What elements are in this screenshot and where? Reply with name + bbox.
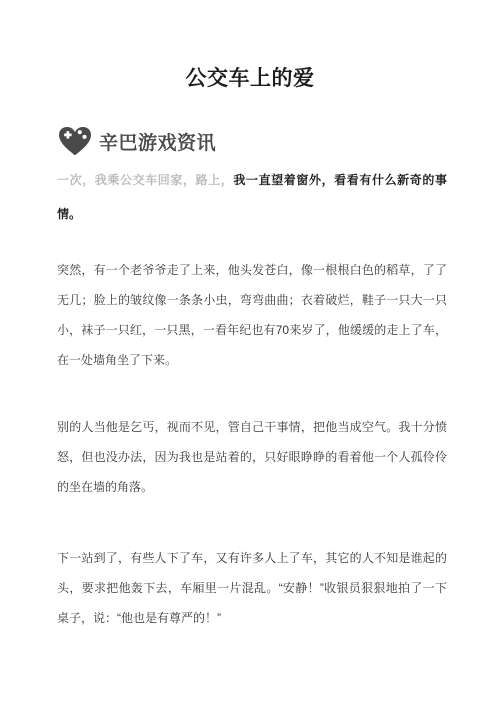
article-title: 公交车上的爱 — [0, 62, 500, 92]
paragraph-2: 突然，有一个老爷爷走了上来，他头发苍白，像一根根白色的稻草，了了无几；脸上的皱纹… — [57, 255, 447, 375]
brand-name: 辛巴游戏资讯 — [99, 128, 216, 155]
paragraph-4: 下一站到了，有些人下了车，又有许多人上了车，其它的人不知是谁起的头，要求把他轰下… — [57, 543, 447, 633]
paragraph-1: 一次，我乘公交车回家，路上，我一直望着窗外，看看有什么新奇的事情。 — [57, 163, 447, 231]
brand-watermark: 辛巴游戏资讯 — [58, 126, 222, 156]
paragraph-3: 别的人当他是乞丐，视而不见，管自己干事情，把他当成空气。我十分愤怒，但也没办法，… — [57, 412, 447, 502]
article-page: 公交车上的爱 辛巴游戏资讯 一次，我乘公交车回家，路上，我一直望着窗外，看看有什… — [0, 0, 500, 707]
heart-gamepad-icon — [58, 126, 92, 156]
paragraph-1-faded-text: 一次，我乘公交车回家，路上， — [57, 173, 233, 187]
